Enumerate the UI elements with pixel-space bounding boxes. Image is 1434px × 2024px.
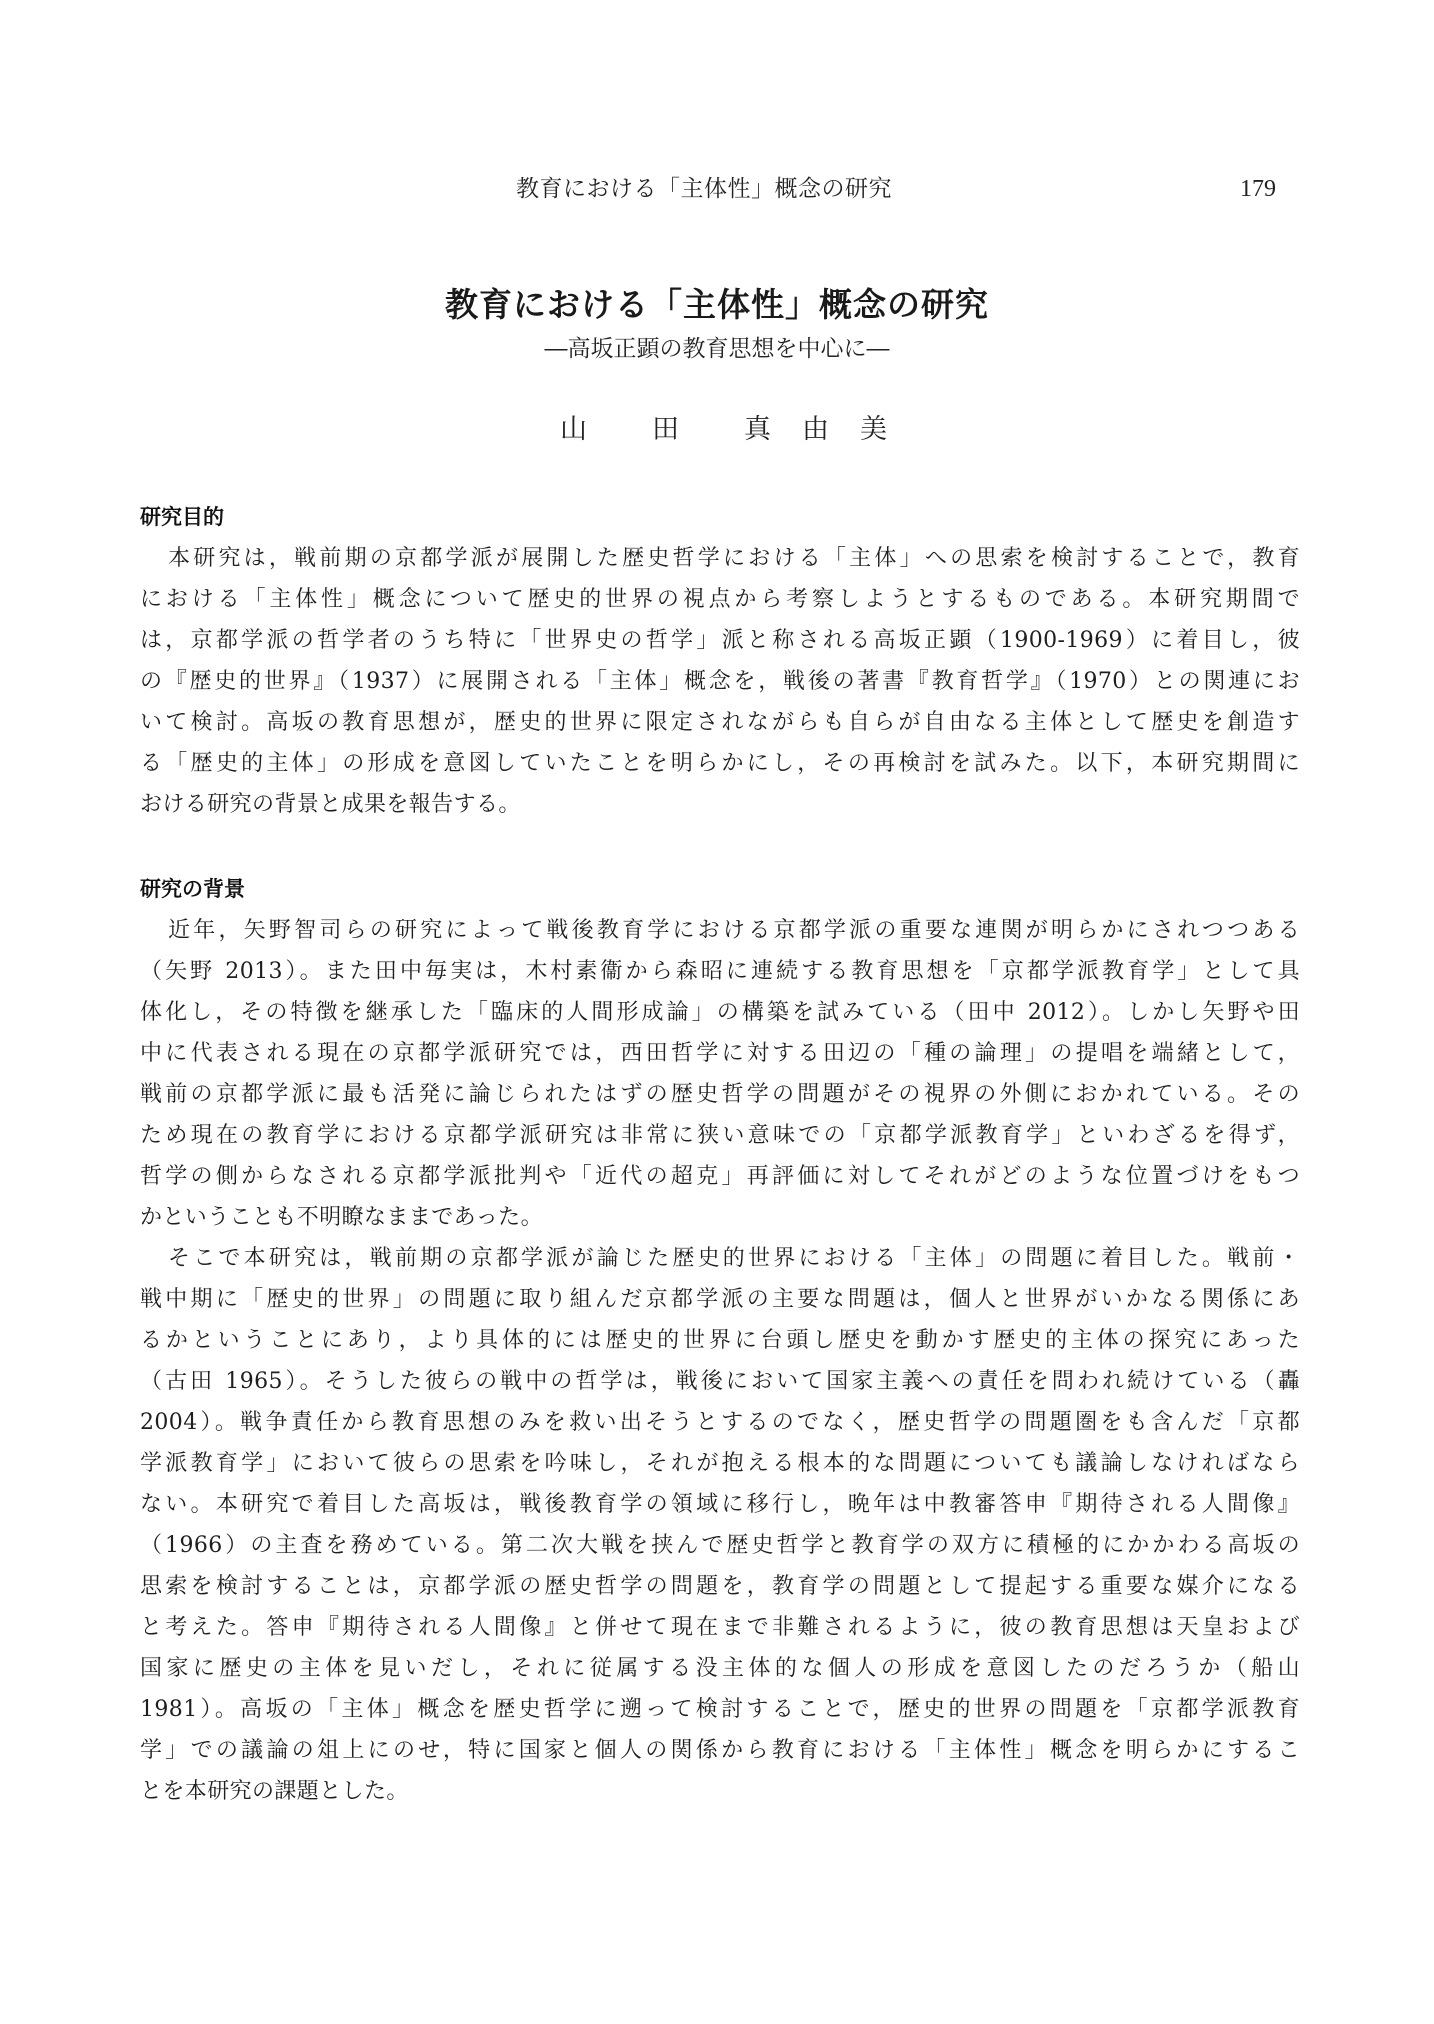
author-char: 美 [860, 410, 887, 450]
text-line: 2004）。戦争責任から教育思想のみを救い出そうとするのでなく，歴史哲学の問題圏… [140, 1402, 1300, 1443]
text-line: かということも不明瞭なままであった。 [140, 1197, 1300, 1238]
author-char: 由 [802, 410, 829, 450]
text-line: 中に代表される現在の京都学派研究では，西田哲学に対する田辺の「種の論理」の提唱を… [140, 1033, 1300, 1074]
author-name: 山 田 真 由 美 [560, 410, 880, 450]
text-line: における「主体性」概念について歴史的世界の視点から考察しようとするものである。本… [140, 579, 1300, 620]
text-line: 本研究は，戦前期の京都学派が展開した歴史哲学における「主体」への思索を検討するこ… [140, 538, 1300, 579]
paragraph: そこで本研究は，戦前期の京都学派が論じた歴史的世界における「主体」の問題に着目し… [140, 1238, 1300, 1812]
paragraph: 本研究は，戦前期の京都学派が展開した歴史哲学における「主体」への思索を検討するこ… [140, 538, 1300, 825]
author-char: 真 [744, 410, 771, 450]
text-line: ため現在の教育学における京都学派研究は非常に狭い意味での「京都学派教育学」といわ… [140, 1115, 1300, 1156]
text-line: の『歴史的世界』（1937）に展開される「主体」概念を，戦後の著書『教育哲学』（… [140, 661, 1300, 702]
running-title: 教育における「主体性」概念の研究 [516, 172, 892, 206]
text-line: る「歴史的主体」の形成を意図していたことを明らかにし，その再検討を試みた。以下，… [140, 743, 1300, 784]
section-heading: 研究の背景 [140, 874, 1300, 904]
text-line: るかということにあり，より具体的には歴史的世界に台頭し歴史を動かす歴史的主体の探… [140, 1320, 1300, 1361]
text-line: 戦前の京都学派に最も活発に論じられたはずの歴史哲学の問題がその視界の外側におかれ… [140, 1074, 1300, 1115]
text-line: 国家に歴史の主体を見いだし，それに従属する没主体的な個人の形成を意図したのだろう… [140, 1648, 1300, 1689]
text-line: 思索を検討することは，京都学派の歴史哲学の問題を，教育学の問題として提起する重要… [140, 1566, 1300, 1607]
section-heading: 研究目的 [140, 502, 1300, 532]
text-line: （1966）の主査を務めている。第二次大戦を挟んで歴史哲学と教育学の双方に積極的… [140, 1525, 1300, 1566]
text-line: いて検討。高坂の教育思想が，歴史的世界に限定されながらも自らが自由なる主体として… [140, 702, 1300, 743]
running-header: 教育における「主体性」概念の研究 179 [516, 172, 1276, 206]
text-line: 戦中期に「歴史的世界」の問題に取り組んだ京都学派の主要な問題は，個人と世界がいか… [140, 1279, 1300, 1320]
text-line: は，京都学派の哲学者のうち特に「世界史の哲学」派と称される高坂正顕（1900‑1… [140, 620, 1300, 661]
text-line: そこで本研究は，戦前期の京都学派が論じた歴史的世界における「主体」の問題に着目し… [140, 1238, 1300, 1279]
author-char: 山 [560, 410, 587, 450]
page-number: 179 [1240, 172, 1276, 206]
section-research-purpose: 研究目的 本研究は，戦前期の京都学派が展開した歴史哲学における「主体」への思索を… [140, 502, 1300, 825]
title-block: 教育における「主体性」概念の研究 ―高坂正顕の教育思想を中心に― [0, 282, 1434, 366]
text-line: 体化し，その特徴を継承した「臨床的人間形成論」の構築を試みている（田中 2012… [140, 992, 1300, 1033]
paper-title: 教育における「主体性」概念の研究 [0, 282, 1434, 328]
text-line: （矢野 2013）。また田中毎実は，木村素衞から森昭に連続する教育思想を「京都学… [140, 951, 1300, 992]
paragraph: 近年，矢野智司らの研究によって戦後教育学における京都学派の重要な連関が明らかにさ… [140, 910, 1300, 1238]
text-line: おける研究の背景と成果を報告する。 [140, 784, 1300, 825]
text-line: と考えた。答申『期待される人間像』と併せて現在まで非難されるように，彼の教育思想… [140, 1607, 1300, 1648]
text-line: 近年，矢野智司らの研究によって戦後教育学における京都学派の重要な連関が明らかにさ… [140, 910, 1300, 951]
text-line: 学」での議論の俎上にのせ，特に国家と個人の関係から教育における「主体性」概念を明… [140, 1730, 1300, 1771]
text-line: （古田 1965）。そうした彼らの戦中の哲学は，戦後において国家主義への責任を問… [140, 1361, 1300, 1402]
section-research-background: 研究の背景 近年，矢野智司らの研究によって戦後教育学における京都学派の重要な連関… [140, 874, 1300, 1812]
text-line: ない。本研究で着目した高坂は，戦後教育学の領域に移行し，晩年は中教審答申『期待さ… [140, 1484, 1300, 1525]
text-line: 哲学の側からなされる京都学派批判や「近代の超克」再評価に対してそれがどのような位… [140, 1156, 1300, 1197]
paper-subtitle: ―高坂正顕の教育思想を中心に― [0, 332, 1434, 366]
text-line: とを本研究の課題とした。 [140, 1771, 1300, 1812]
author-char: 田 [652, 410, 679, 450]
text-line: 1981）。高坂の「主体」概念を歴史哲学に遡って検討することで，歴史的世界の問題… [140, 1689, 1300, 1730]
text-line: 学派教育学」において彼らの思索を吟味し，それが抱える根本的な問題についても議論し… [140, 1443, 1300, 1484]
